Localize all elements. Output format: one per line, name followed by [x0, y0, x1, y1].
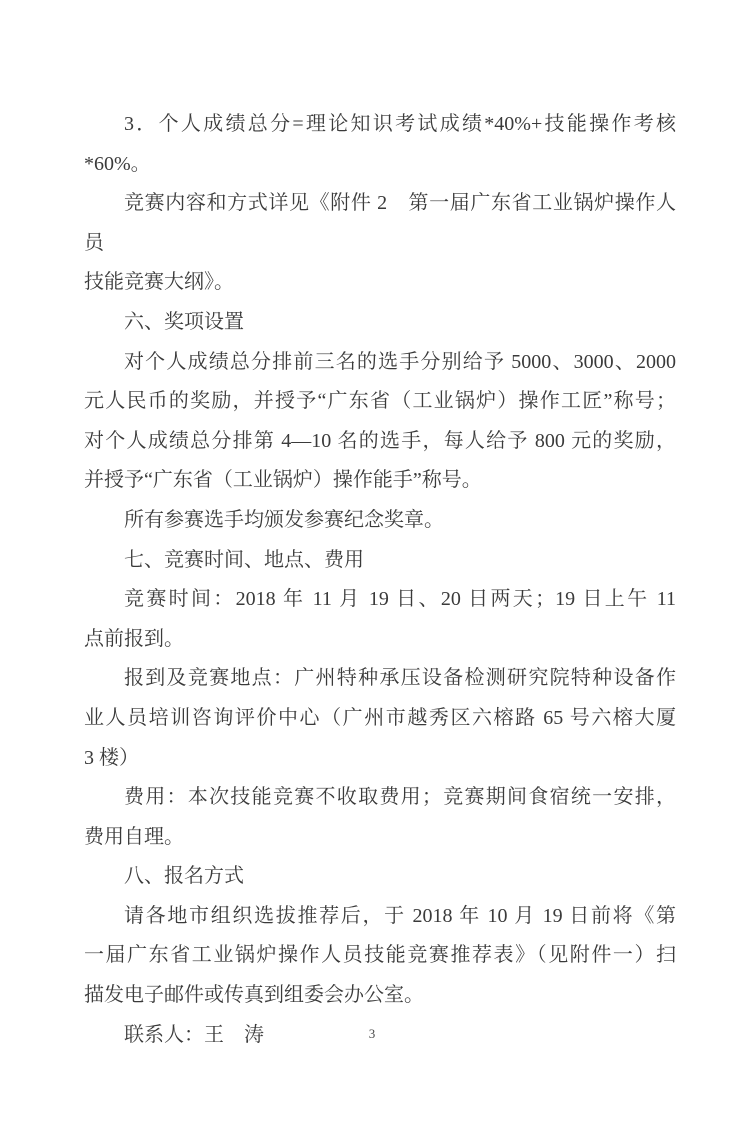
- heading-section-7-time-place-fee: 七、竞赛时间、地点、费用: [84, 541, 676, 581]
- line-awards-3: 对个人成绩总分排第 4—10 名的选手，每人给予 800 元的奖励，: [84, 422, 676, 462]
- line-awards-1: 对个人成绩总分排前三名的选手分别给予 5000、3000、2000: [84, 343, 676, 383]
- scanned-document-page: 3．个人成绩总分=理论知识考试成绩*40%+技能操作考核 *60%。 竞赛内容和…: [0, 0, 750, 1123]
- page-number: 3: [0, 1026, 744, 1042]
- line-competition-time-2: 点前报到。: [84, 620, 676, 660]
- line-registration-1: 请各地市组织选拔推荐后，于 2018 年 10 月 19 日前将《第: [84, 897, 676, 937]
- heading-section-8-registration: 八、报名方式: [84, 857, 676, 897]
- line-contest-content-2: 技能竞赛大纲》。: [84, 263, 676, 303]
- line-registration-2: 一届广东省工业锅炉操作人员技能竞赛推荐表》（见附件一）扫: [84, 936, 676, 976]
- line-awards-2: 元人民币的奖励，并授予“广东省（工业锅炉）操作工匠”称号；: [84, 382, 676, 422]
- line-commemorative-medal: 所有参赛选手均颁发参赛纪念奖章。: [84, 501, 676, 541]
- line-registration-3: 描发电子邮件或传真到组委会办公室。: [84, 976, 676, 1016]
- line-fee-2: 费用自理。: [84, 818, 676, 858]
- line-awards-4: 并授予“广东省（工业锅炉）操作能手”称号。: [84, 461, 676, 501]
- document-body: 3．个人成绩总分=理论知识考试成绩*40%+技能操作考核 *60%。 竞赛内容和…: [84, 105, 676, 1055]
- heading-section-6-awards: 六、奖项设置: [84, 303, 676, 343]
- line-contest-content-1: 竞赛内容和方式详见《附件 2 第一届广东省工业锅炉操作人员: [84, 184, 676, 263]
- line-scoring-formula-2: *60%。: [84, 145, 676, 185]
- line-competition-place-3: 3 楼）: [84, 739, 676, 779]
- line-competition-place-1: 报到及竞赛地点：广州特种承压设备检测研究院特种设备作: [84, 659, 676, 699]
- line-competition-place-2: 业人员培训咨询评价中心（广州市越秀区六榕路 65 号六榕大厦: [84, 699, 676, 739]
- line-competition-time-1: 竞赛时间：2018 年 11 月 19 日、20 日两天；19 日上午 11: [84, 580, 676, 620]
- line-scoring-formula-1: 3．个人成绩总分=理论知识考试成绩*40%+技能操作考核: [84, 105, 676, 145]
- line-fee-1: 费用：本次技能竞赛不收取费用；竞赛期间食宿统一安排，: [84, 778, 676, 818]
